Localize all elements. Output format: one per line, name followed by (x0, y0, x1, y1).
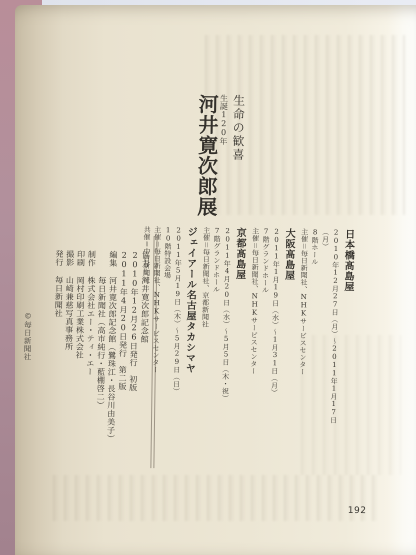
book-page: 生命の歓喜 生誕120年 河井寛次郎展 日本橋髙島屋 2010年12月27日（月… (15, 5, 416, 555)
exhibition-list: 日本橋髙島屋 2010年12月27日（月）〜2011年1月17日（月） 8階ホー… (134, 226, 354, 439)
exhibition-group-kyoto: 京都髙島屋 2011年4月20日（水）〜5月5日（木・祝） 7階グランドホール … (198, 227, 245, 438)
colophon-label: 発行 (53, 250, 64, 276)
page-number: 192 (348, 506, 367, 516)
colophon-label: 印刷 (74, 250, 85, 276)
copyright-notice: ©毎日新聞社 (21, 311, 33, 401)
exhibition-group-nihonbashi: 日本橋髙島屋 2010年12月27日（月）〜2011年1月17日（月） 8階ホー… (296, 228, 353, 439)
colophon-value: 岡村印刷工業株式会社 (75, 276, 85, 359)
colophon-value: 毎日新聞社 (54, 276, 64, 318)
colophon-value: 株式会社エー・ティ・エー (86, 276, 96, 376)
title-block: 生命の歓喜 生誕120年 河井寛次郎展 (194, 94, 248, 230)
exhibition-dates: 2010年12月27日（月）〜2011年1月17日（月） (317, 228, 341, 438)
colophon-value: 山崎兼慈写真事務所 (64, 276, 74, 351)
colophon-label: 編集 (107, 250, 118, 276)
title-main: 河井寛次郎展 (194, 94, 219, 229)
colophon-value: 毎日新聞社（高市純行・藍棚啓二） (96, 276, 107, 409)
colophon-label: 制作 (85, 250, 96, 276)
colophon-label: 撮影 (64, 250, 75, 276)
colophon-block: 協力＝河井寛次郎記念館 2010年12月26日発行 初版 2011年4月20日発… (50, 250, 150, 479)
title-series: 生命の歓喜 (228, 94, 248, 229)
desk-background: 生命の歓喜 生誕120年 河井寛次郎展 日本橋髙島屋 2010年12月27日（月… (0, 0, 416, 555)
exhibition-group-osaka: 大阪髙島屋 2011年1月19日（水）〜1月31日（月） 7階グランドホール 主… (247, 227, 294, 438)
page-content: 生命の歓喜 生誕120年 河井寛次郎展 日本橋髙島屋 2010年12月27日（月… (11, 2, 416, 555)
